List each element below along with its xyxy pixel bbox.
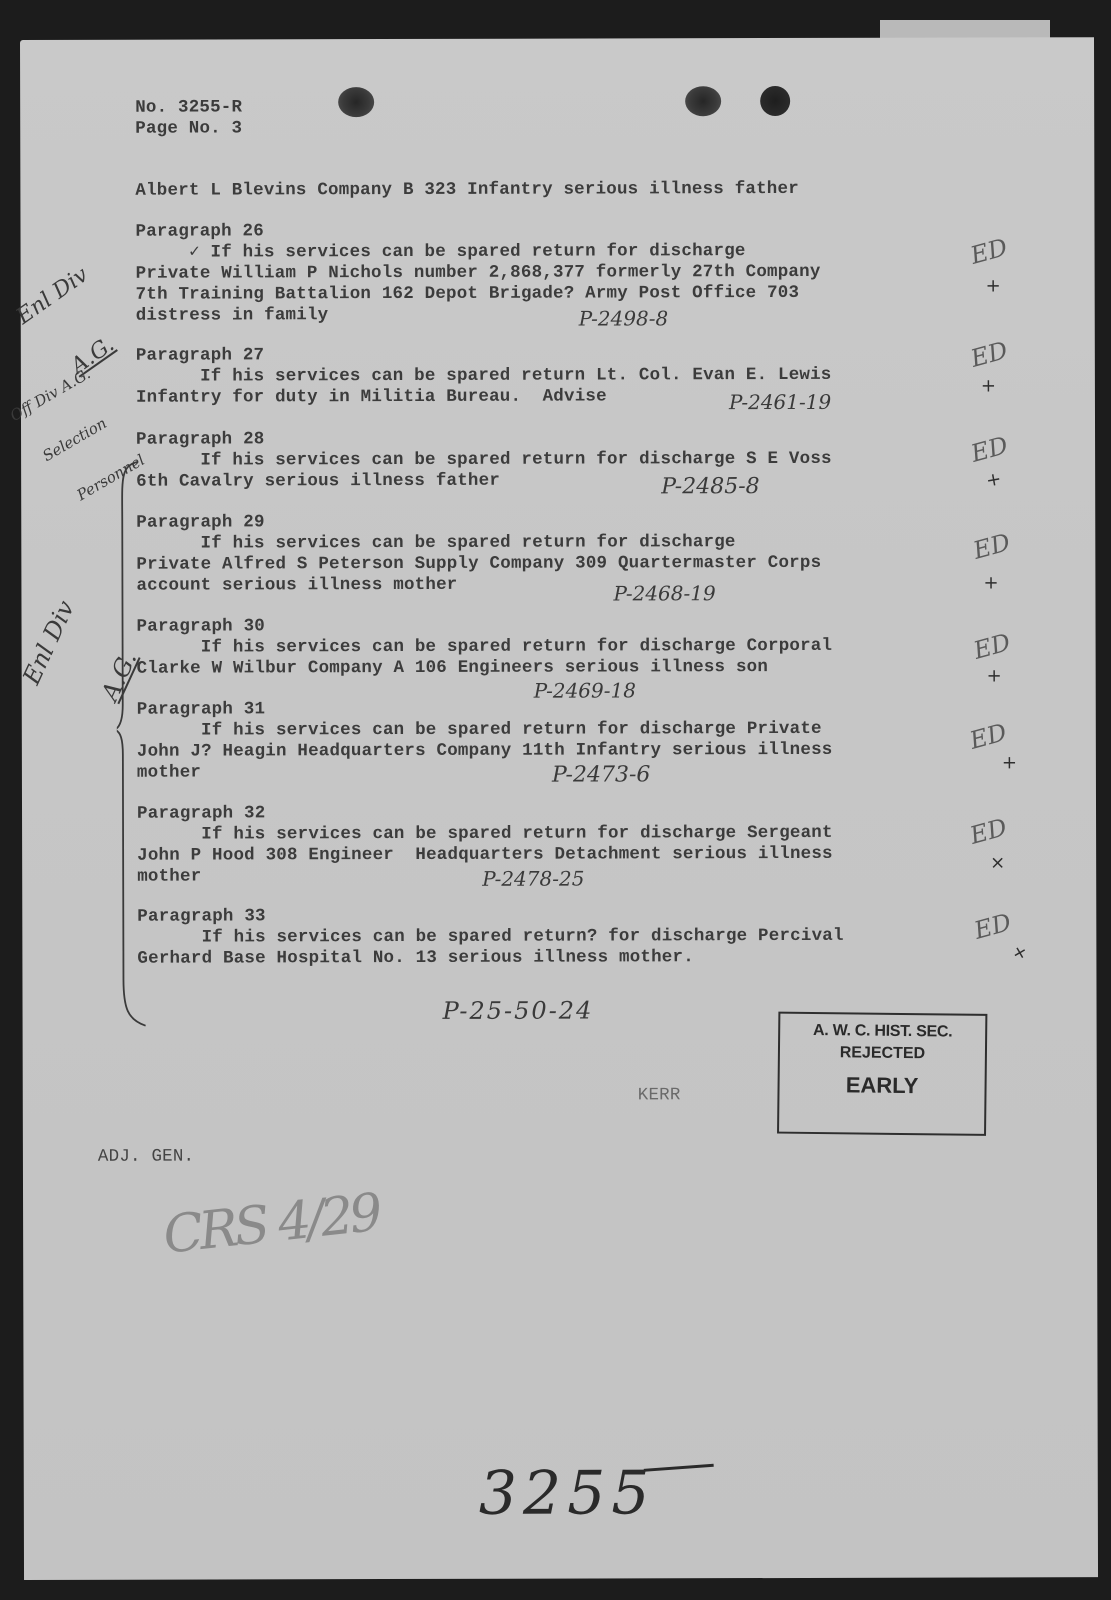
initials-p30: ED xyxy=(971,628,1014,665)
paragraph-line: If his services can be spared return for… xyxy=(137,636,833,659)
summary-file-reference: P-25-50-24 xyxy=(443,997,594,1025)
paragraph-line: account serious illness mother xyxy=(136,575,457,597)
check-mark-p33: + xyxy=(1008,940,1032,966)
file-reference: P-2478-25 xyxy=(482,867,584,891)
file-reference: P-2461-19 xyxy=(729,390,831,414)
paragraph-heading: Paragraph 26 xyxy=(135,221,263,242)
document-page: No. 3255-R Page No. 3 Albert L Blevins C… xyxy=(20,37,1098,1580)
signature: CRS 4/29 xyxy=(161,1183,382,1266)
paragraph-line: Infantry for duty in Militia Bureau. Adv… xyxy=(136,386,607,408)
continuation-line: Albert L Blevins Company B 323 Infantry … xyxy=(135,179,799,202)
addressee: ADJ. GEN. xyxy=(98,1147,194,1168)
sender-name: KERR xyxy=(638,1085,681,1106)
file-reference: P-2485-8 xyxy=(661,474,760,499)
file-reference: P-2473-6 xyxy=(552,762,651,787)
paragraph-line: John P Hood 308 Engineer Headquarters De… xyxy=(137,844,833,867)
stamp-line-3: EARLY xyxy=(779,1072,984,1100)
page-number: Page No. 3 xyxy=(135,118,242,139)
paragraph-line: 7th Training Battalion 162 Depot Brigade… xyxy=(136,283,800,306)
paragraph-line: Gerhard Base Hospital No. 13 serious ill… xyxy=(137,947,694,969)
check-mark-p32: × xyxy=(990,852,1005,873)
rejected-stamp: A. W. C. HIST. SEC. REJECTED EARLY xyxy=(777,1012,987,1136)
paragraph-heading: Paragraph 28 xyxy=(136,429,264,450)
punch-hole-center xyxy=(685,86,721,116)
check-mark-p30: + xyxy=(987,665,1002,686)
bracket-mark xyxy=(116,460,157,1030)
check-mark-p26: + xyxy=(986,275,1001,296)
initials-p29: ED xyxy=(970,528,1013,565)
paragraph-33: Paragraph 33 If his services can be spar… xyxy=(20,37,1094,40)
paragraph-line: distress in family xyxy=(136,305,329,327)
paragraph-line: Clarke W Wilbur Company A 106 Engineers … xyxy=(137,657,768,680)
initials-p32: ED xyxy=(967,813,1010,850)
paragraph-line: If his services can be spared return? fo… xyxy=(137,926,843,949)
paragraph-heading: Paragraph 27 xyxy=(136,345,264,366)
paragraph-line: Private Alfred S Peterson Supply Company… xyxy=(136,553,821,576)
paragraph-line: If his services can be spared return for… xyxy=(137,823,833,846)
initials-p28: ED xyxy=(968,431,1011,468)
paragraph-29: Paragraph 29 If his services can be spar… xyxy=(20,37,1094,40)
initials-p27: ED xyxy=(968,336,1011,373)
initials-p31: ED xyxy=(967,718,1010,755)
paragraph-line: If his services can be spared return Lt.… xyxy=(136,365,832,388)
paragraph-line: John J? Heagin Headquarters Company 11th… xyxy=(137,740,833,763)
punch-hole-left xyxy=(338,87,374,117)
check-mark-p31: + xyxy=(1002,752,1017,773)
paragraph-line: If his services can be spared return for… xyxy=(137,719,822,742)
document-number: No. 3255-R xyxy=(135,97,242,118)
paragraph-line: 6th Cavalry serious illness father xyxy=(136,471,500,493)
paragraph-27: Paragraph 27 If his services can be spar… xyxy=(20,37,1094,40)
stamp-line-1: A. W. C. HIST. SEC. xyxy=(780,1022,985,1042)
check-mark-p29: + xyxy=(983,572,998,593)
file-reference: P-2468-19 xyxy=(613,581,715,605)
check-mark-p27: + xyxy=(981,375,996,396)
paragraph-line: If his services can be spared return for… xyxy=(136,449,832,472)
paragraph-30: Paragraph 30 If his services can be spar… xyxy=(20,37,1094,40)
initials-p33: ED xyxy=(971,908,1014,945)
paragraph-26: Paragraph 26 ✓ If his services can be sp… xyxy=(20,37,1094,40)
paragraph-line: If his services can be spared return for… xyxy=(136,532,735,555)
paragraph-32: Paragraph 32 If his services can be spar… xyxy=(20,37,1094,40)
punch-hole-right xyxy=(760,86,790,116)
paragraph-line: ✓ If his services can be spared return f… xyxy=(136,241,746,264)
file-reference: P-2498-8 xyxy=(579,306,669,330)
paragraph-28: Paragraph 28 If his services can be spar… xyxy=(20,37,1094,40)
paragraph-31: Paragraph 31 If his services can be spar… xyxy=(20,37,1094,40)
check-mark-p28: + xyxy=(984,468,1003,491)
initials-p26: ED xyxy=(968,233,1011,270)
paragraph-line: Private William P Nichols number 2,868,3… xyxy=(136,262,821,285)
file-reference: P-2469-18 xyxy=(534,678,636,702)
stamp-line-2: REJECTED xyxy=(780,1044,985,1064)
margin-note-enlisted-div-group: Enl Div A.G. xyxy=(0,575,197,743)
file-number: 3255 xyxy=(479,1458,656,1528)
